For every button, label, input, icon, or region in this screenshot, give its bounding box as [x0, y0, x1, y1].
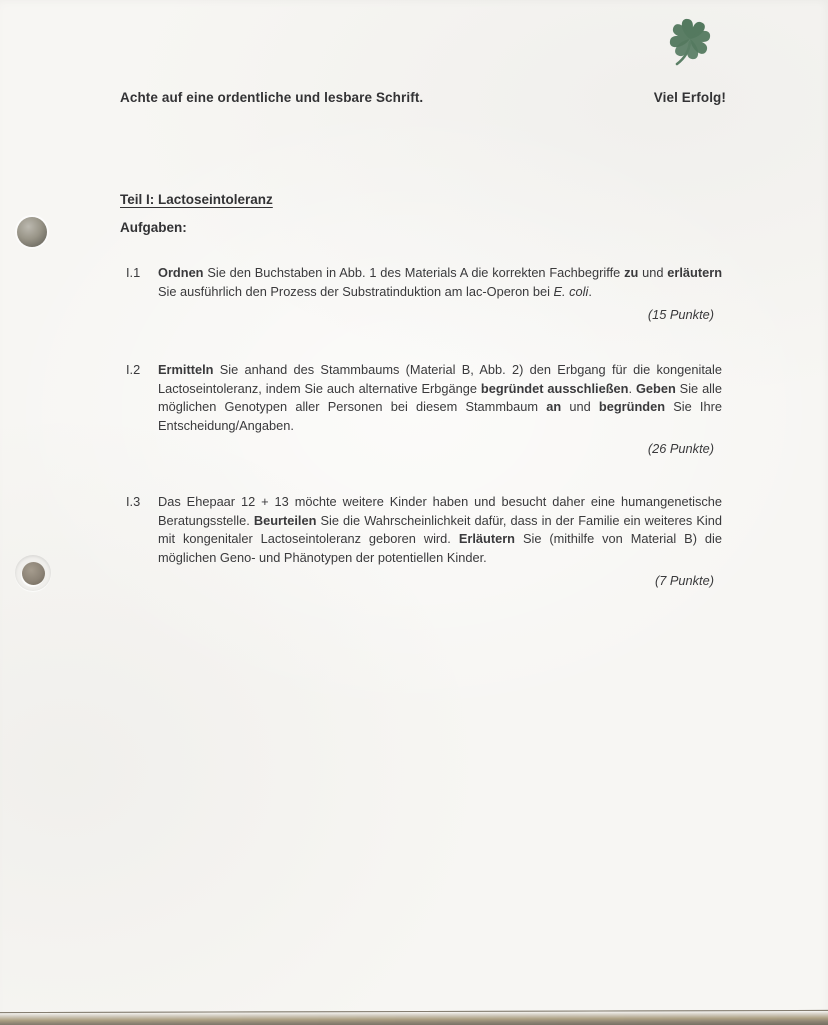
text-segment: E. coli: [554, 284, 589, 299]
task-number: I.2: [126, 361, 158, 380]
task-I2: I.2 Ermitteln Sie anhand des Stammbaums …: [126, 361, 722, 459]
text-segment: .: [588, 284, 592, 299]
text-segment: zu: [624, 265, 638, 280]
task-text: Ermitteln Sie anhand des Stammbaums (Mat…: [158, 361, 722, 435]
clover-icon: [662, 15, 716, 77]
task-I3: I.3 Das Ehepaar 12 + 13 möchte weitere K…: [126, 493, 722, 591]
scanned-exam-page: Achte auf eine ordentliche und lesbare S…: [0, 0, 828, 1025]
text-segment: und: [561, 399, 599, 414]
text-segment: Sie den Buchstaben in Abb. 1 des Materia…: [204, 265, 625, 280]
task-points: (15 Punkte): [158, 306, 722, 325]
hole-punch-top: [17, 217, 47, 247]
task-text: Das Ehepaar 12 + 13 möchte weitere Kinde…: [158, 493, 722, 567]
tasks-label: Aufgaben:: [120, 220, 187, 235]
task-points: (26 Punkte): [158, 440, 722, 459]
text-segment: und: [638, 265, 667, 280]
page-header: Achte auf eine ordentliche und lesbare S…: [120, 90, 726, 105]
task-number: I.3: [126, 493, 158, 512]
task-number: I.1: [126, 264, 158, 283]
hole-punch-bottom: [15, 555, 51, 591]
text-segment: Sie ausführlich den Prozess der Substrat…: [158, 284, 554, 299]
handwriting-instruction: Achte auf eine ordentliche und lesbare S…: [120, 90, 423, 105]
text-segment: an: [546, 399, 561, 414]
text-segment: begründet ausschließen: [481, 381, 629, 396]
task-body: Ermitteln Sie anhand des Stammbaums (Mat…: [158, 361, 722, 459]
text-segment: Beurteilen: [254, 513, 317, 528]
text-segment: Ordnen: [158, 265, 204, 280]
text-segment: begründen: [599, 399, 665, 414]
text-segment: Erläutern: [459, 531, 515, 546]
text-segment: erläutern: [667, 265, 722, 280]
text-segment: Ermitteln: [158, 362, 213, 377]
task-I1: I.1 Ordnen Sie den Buchstaben in Abb. 1 …: [126, 264, 722, 325]
text-segment: .: [628, 381, 635, 396]
task-body: Ordnen Sie den Buchstaben in Abb. 1 des …: [158, 264, 722, 325]
section-title: Teil I: Lactoseintoleranz: [120, 192, 273, 207]
task-text: Ordnen Sie den Buchstaben in Abb. 1 des …: [158, 264, 722, 301]
task-points: (7 Punkte): [158, 572, 722, 591]
page-bottom-edge: [0, 1010, 828, 1025]
good-luck-text: Viel Erfolg!: [654, 90, 726, 105]
text-segment: Geben: [636, 381, 676, 396]
task-body: Das Ehepaar 12 + 13 möchte weitere Kinde…: [158, 493, 722, 591]
